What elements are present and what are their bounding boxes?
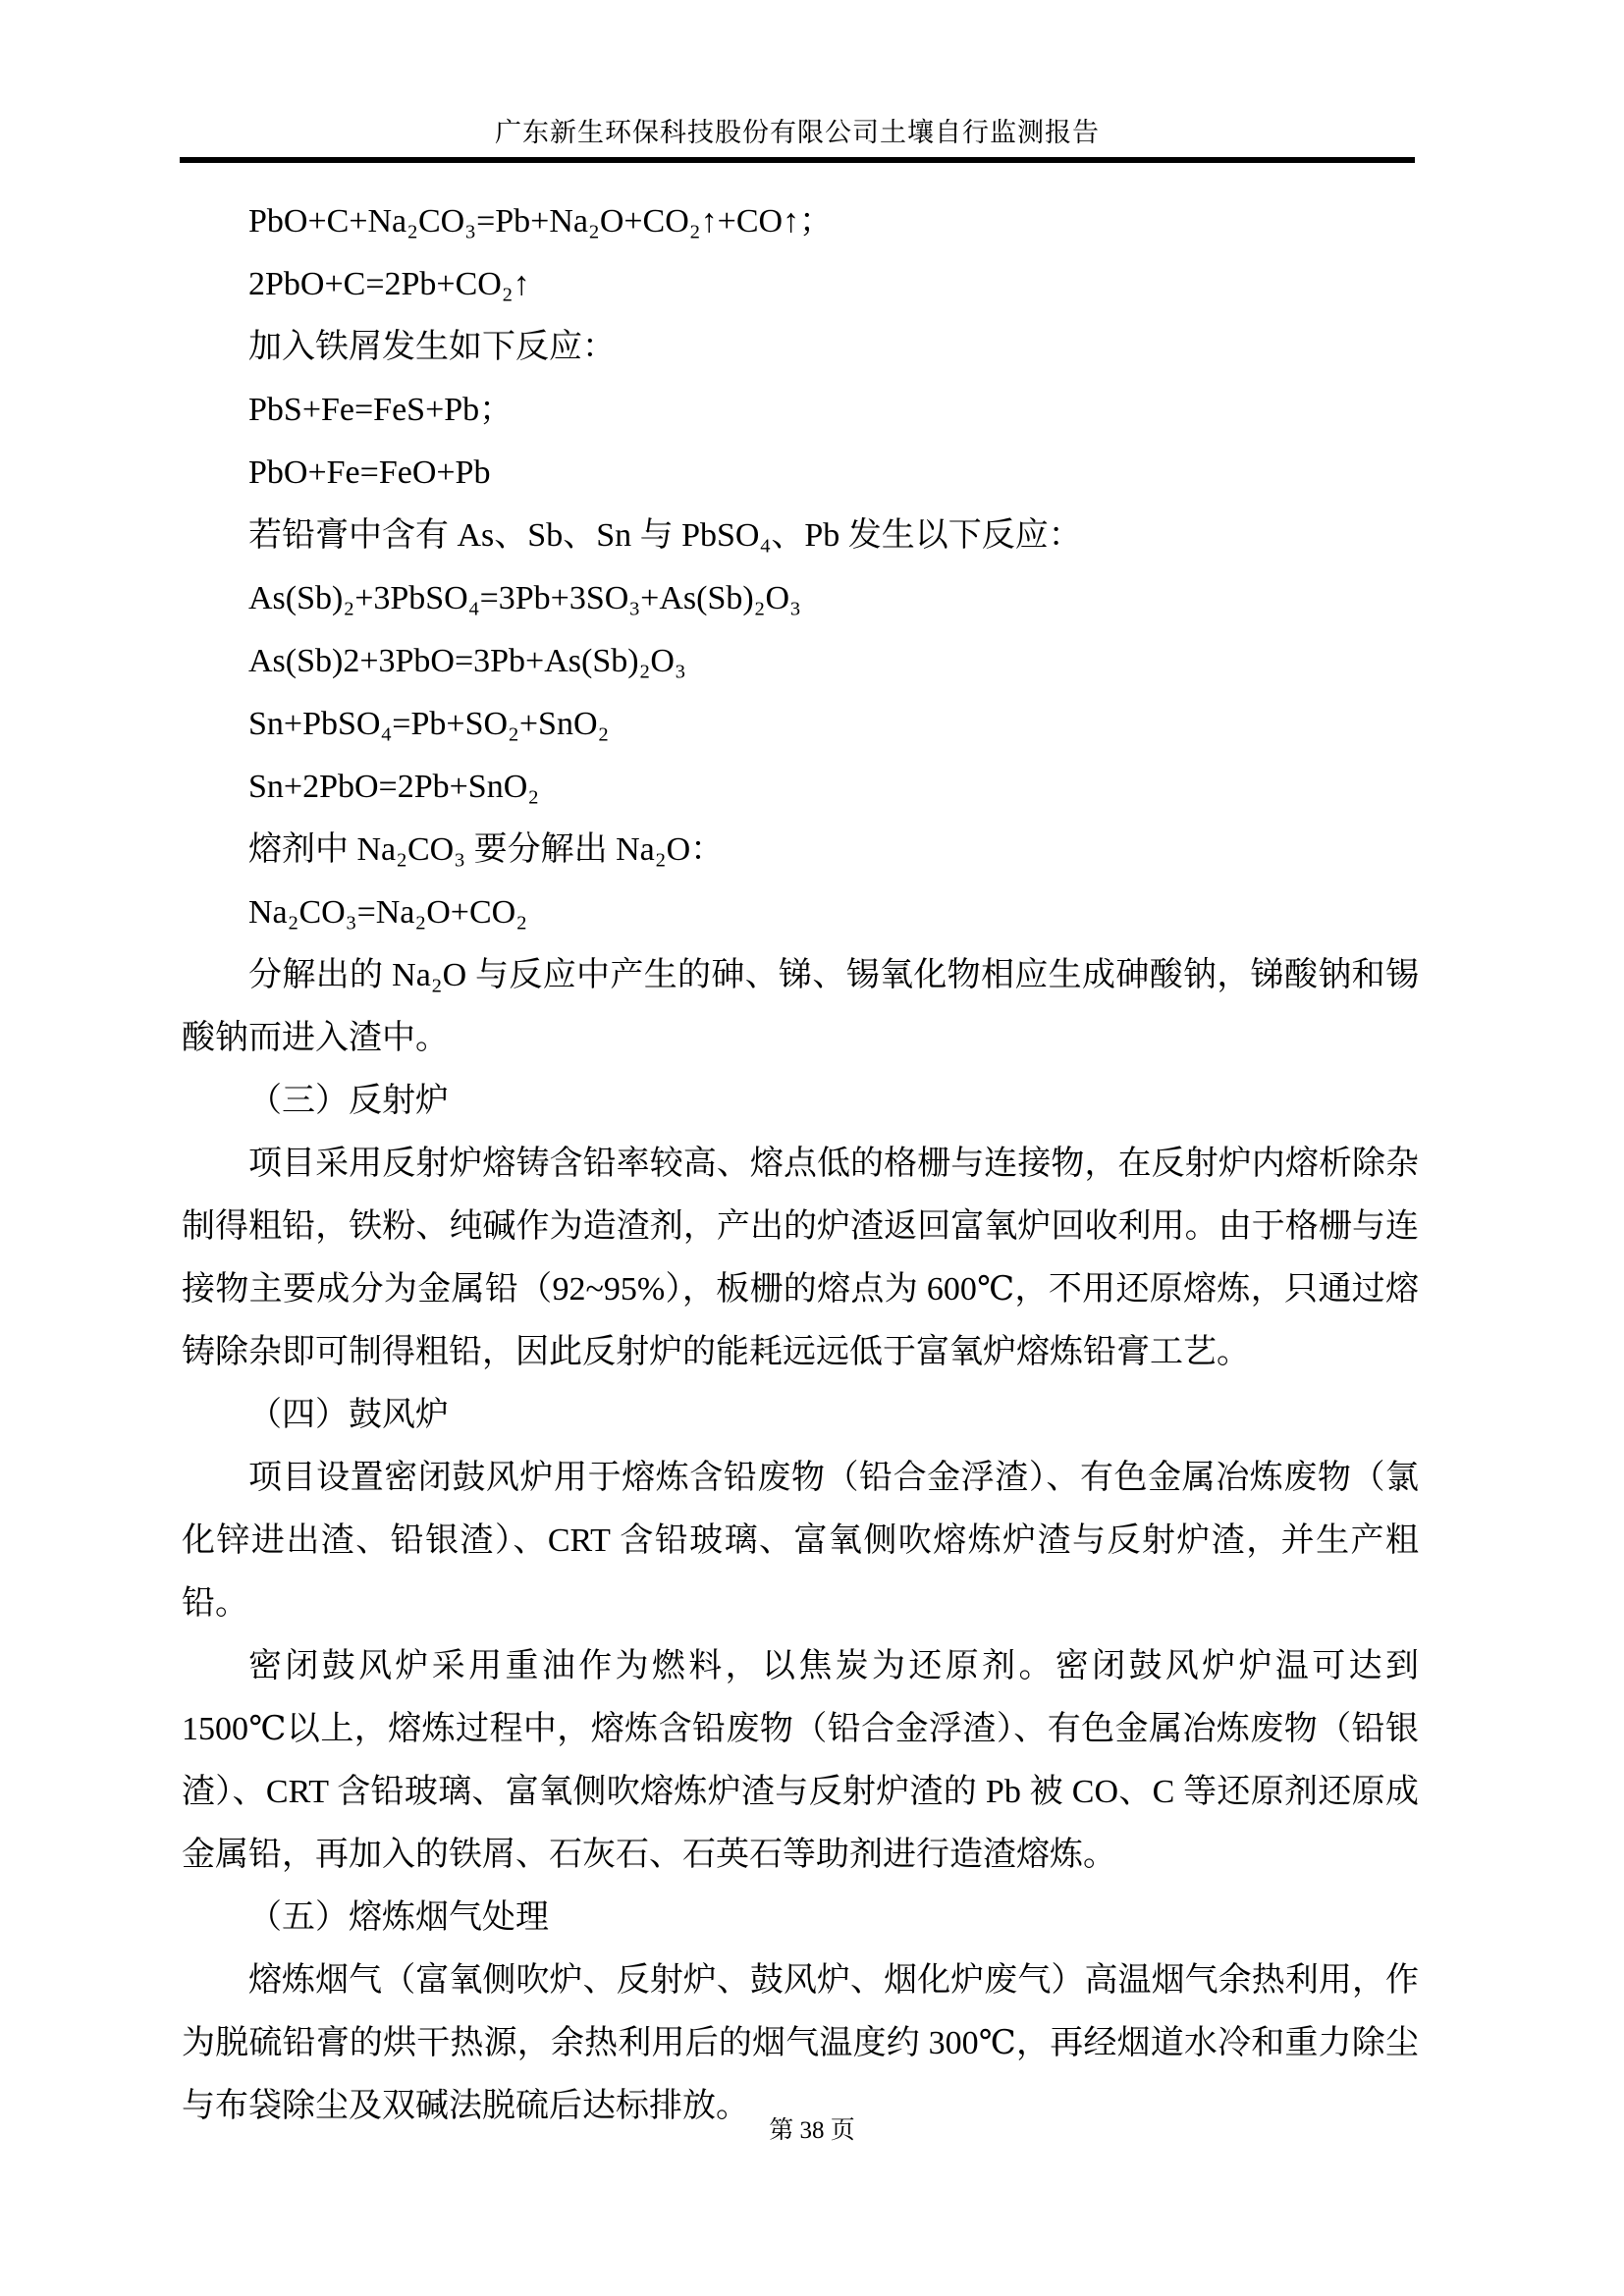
equation-line: PbO+Fe=FeO+Pb <box>182 442 1419 505</box>
header-title: 广东新生环保科技股份有限公司土壤自行监测报告 <box>180 118 1415 147</box>
body-paragraph: 熔剂中 Na₂CO₃ 要分解出 Na₂O： <box>182 819 1419 881</box>
equation-line: PbS+Fe=FeS+Pb； <box>182 379 1419 442</box>
body-paragraph: 熔炼烟气（富氧侧吹炉、反射炉、鼓风炉、烟化炉废气）高温烟气余热利用，作为脱硫铅膏… <box>182 1949 1419 2138</box>
body-paragraph: 密闭鼓风炉采用重油作为燃料，以焦炭为还原剂。密闭鼓风炉炉温可达到 1500℃以上… <box>182 1635 1419 1887</box>
body-paragraph: 项目采用反射炉熔铸含铅率较高、熔点低的格栅与连接物，在反射炉内熔析除杂制得粗铅，… <box>182 1133 1419 1384</box>
equation-line: 2PbO+C=2Pb+CO₂↑ <box>182 253 1419 316</box>
body-paragraph: 项目设置密闭鼓风炉用于熔炼含铅废物（铅合金浮渣）、有色金属冶炼废物（氯化锌进出渣… <box>182 1447 1419 1635</box>
body-paragraph: 若铅膏中含有 As、Sb、Sn 与 PbSO₄、Pb 发生以下反应： <box>182 505 1419 567</box>
equation-line: As(Sb)2+3PbO=3Pb+As(Sb)₂O₃ <box>182 630 1419 693</box>
body-paragraph: 加入铁屑发生如下反应： <box>182 316 1419 379</box>
document-page: 广东新生环保科技股份有限公司土壤自行监测报告 PbO+C+Na₂CO₃=Pb+N… <box>0 0 1624 2296</box>
page-footer: 第 38 页 <box>0 2116 1624 2146</box>
equation-line: Na₂CO₃=Na₂O+CO₂ <box>182 881 1419 944</box>
section-heading: （三）反射炉 <box>182 1070 1419 1133</box>
document-body: PbO+C+Na₂CO₃=Pb+Na₂O+CO₂↑+CO↑； 2PbO+C=2P… <box>182 163 1419 2138</box>
equation-line: Sn+2PbO=2Pb+SnO₂ <box>182 756 1419 819</box>
equation-line: As(Sb)₂+3PbSO₄=3Pb+3SO₃+As(Sb)₂O₃ <box>182 567 1419 630</box>
equation-line: Sn+PbSO₄=Pb+SO₂+SnO₂ <box>182 693 1419 756</box>
body-paragraph: 分解出的 Na₂O 与反应中产生的砷、锑、锡氧化物相应生成砷酸钠，锑酸钠和锡酸钠… <box>182 944 1419 1070</box>
page-header: 广东新生环保科技股份有限公司土壤自行监测报告 <box>180 0 1415 163</box>
section-heading: （四）鼓风炉 <box>182 1384 1419 1447</box>
equation-line: PbO+C+Na₂CO₃=Pb+Na₂O+CO₂↑+CO↑； <box>182 190 1419 253</box>
page-number: 第 38 页 <box>769 2117 855 2144</box>
section-heading: （五）熔炼烟气处理 <box>182 1887 1419 1949</box>
